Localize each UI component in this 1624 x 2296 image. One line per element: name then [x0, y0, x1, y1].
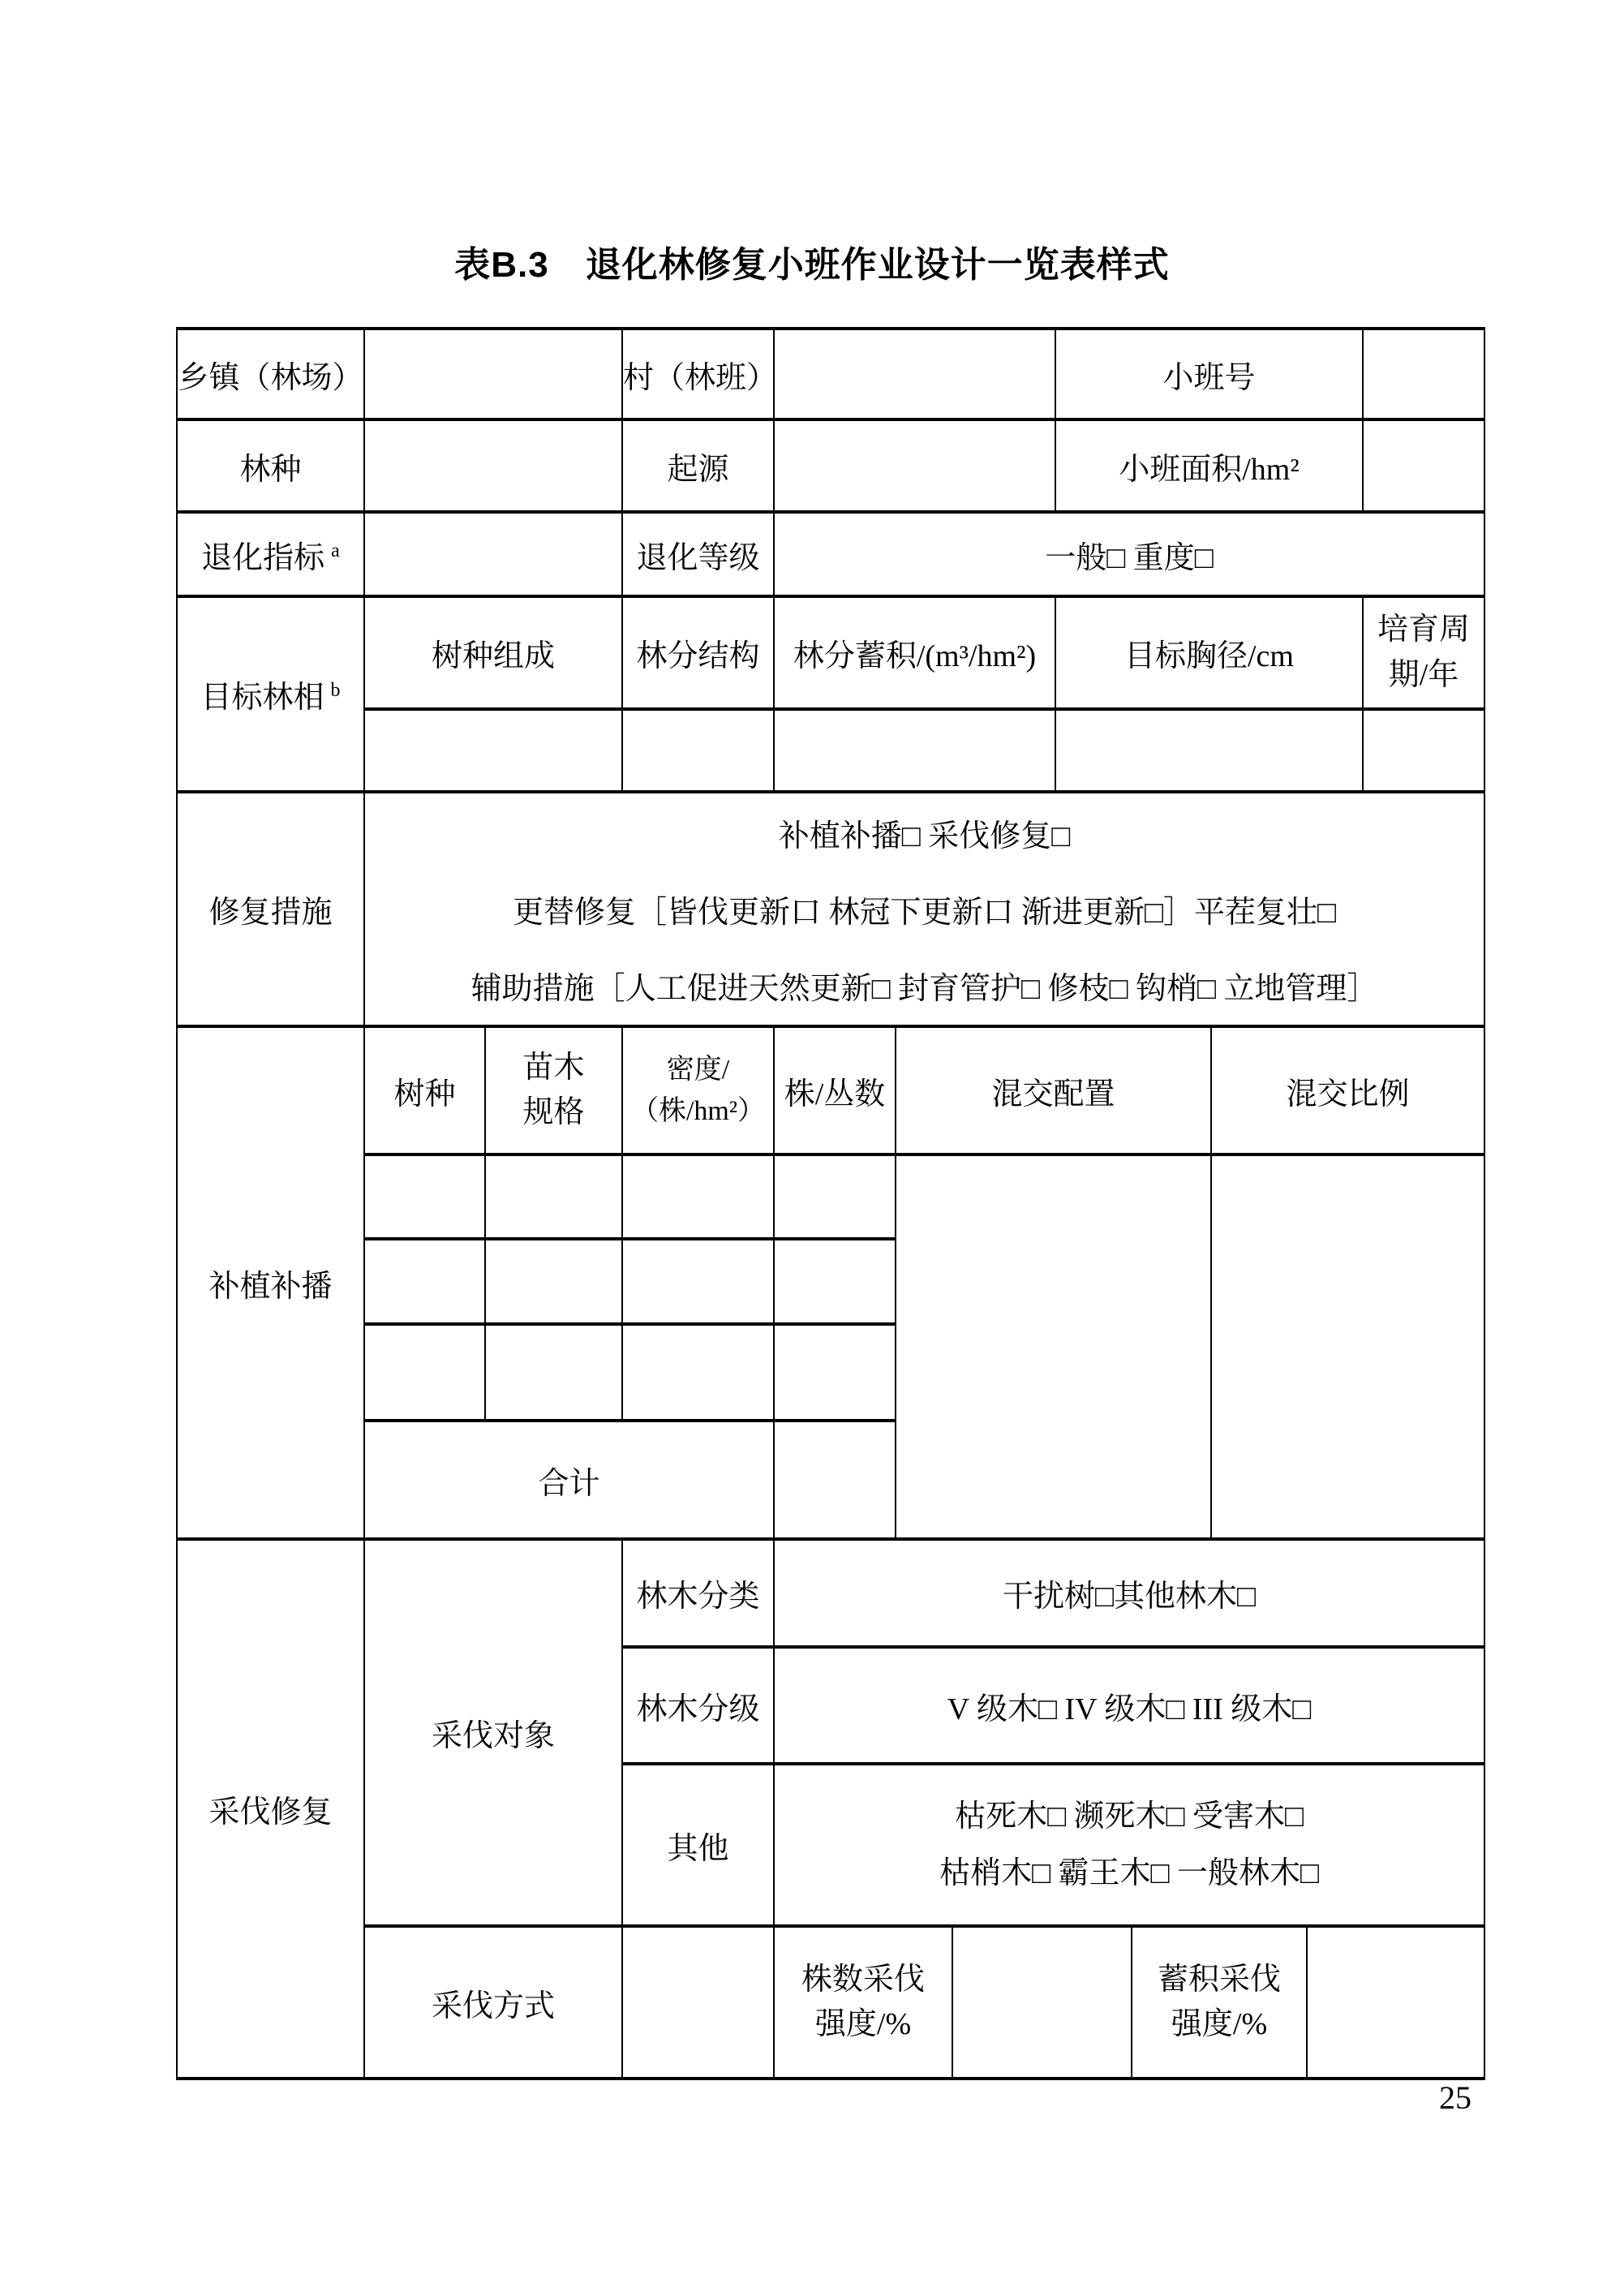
density-input-cell — [622, 1239, 774, 1324]
area-label: 小班面积/hm² — [1055, 419, 1363, 512]
footnote-b-marker: b — [331, 680, 341, 701]
plants-per-cluster-input-cell — [774, 1154, 896, 1239]
species-header: 树种 — [364, 1026, 485, 1154]
degradation-grade-label: 退化等级 — [622, 512, 774, 596]
page-number: 25 — [1411, 2079, 1500, 2117]
cutting-method-input-cell — [622, 1926, 774, 2079]
mix-config-header: 混交配置 — [896, 1026, 1211, 1154]
measures-label: 修复措施 — [177, 792, 364, 1026]
density-input-cell — [622, 1154, 774, 1239]
subcompartment-no-label: 小班号 — [1055, 329, 1363, 419]
species-composition-header: 树种组成 — [364, 596, 622, 709]
stem-intensity-input-cell — [952, 1926, 1132, 2079]
row-forest-category: 林种 起源 小班面积/hm² — [177, 419, 1484, 512]
plants-per-cluster-input-cell — [774, 1324, 896, 1421]
density-header: 密度/ （株/hm²） — [622, 1026, 774, 1154]
degradation-indicator-input-cell — [364, 512, 622, 596]
total-input-cell — [774, 1421, 896, 1539]
mix-ratio-input-cell — [1211, 1154, 1484, 1539]
stand-volume-header: 林分蓄积/(m³/hm²) — [774, 596, 1055, 709]
row-measures: 修复措施 补植补播□ 采伐修复□ 更替修复［皆伐更新口 林冠下更新口 渐进更新□… — [177, 792, 1484, 1026]
origin-input-cell — [774, 419, 1055, 512]
total-label: 合计 — [364, 1421, 774, 1539]
stem-intensity-label: 株数采伐 强度/% — [774, 1926, 952, 2079]
design-form-table: 乡镇（林场） 村（林班） 小班号 林种 起源 小班面积/hm² 退化指标a 退化… — [176, 327, 1485, 2080]
row-planting-header: 补植补播 树种 苗木 规格 密度/ （株/hm²） 株/丛数 混交配置 混交比例 — [177, 1026, 1484, 1154]
origin-label: 起源 — [622, 419, 774, 512]
tree-classification-label: 林木分类 — [622, 1539, 774, 1647]
tree-grading-label: 林木分级 — [622, 1647, 774, 1764]
seedling-spec-input-cell — [485, 1154, 622, 1239]
page-title: 表B.3 退化林修复小班作业设计一览表样式 — [0, 235, 1624, 287]
species-composition-input-cell — [364, 709, 622, 792]
species-input-cell — [364, 1324, 485, 1421]
subcompartment-no-input-cell — [1363, 329, 1484, 419]
cutting-method-label: 采伐方式 — [364, 1926, 622, 2079]
forest-category-input-cell — [364, 419, 622, 512]
volume-intensity-input-cell — [1307, 1926, 1484, 2079]
measures-line-2: 更替修复［皆伐更新口 林冠下更新口 渐进更新□］平茬复壮□ — [513, 887, 1336, 931]
species-input-cell — [364, 1239, 485, 1324]
planting-label: 补植补播 — [177, 1026, 364, 1539]
row-cutting-method: 采伐方式 株数采伐 强度/% 蓄积采伐 强度/% — [177, 1926, 1484, 2079]
cultivation-period-input-cell — [1363, 709, 1484, 792]
degradation-indicator-label: 退化指标a — [177, 512, 364, 596]
row-tree-classification: 采伐修复 采伐对象 林木分类 干扰树□其他林木□ — [177, 1539, 1484, 1647]
mix-ratio-header: 混交比例 — [1211, 1026, 1484, 1154]
village-input-cell — [774, 329, 1055, 419]
row-township: 乡镇（林场） 村（林班） 小班号 — [177, 329, 1484, 419]
township-input-cell — [364, 329, 622, 419]
target-dbh-input-cell — [1055, 709, 1363, 792]
village-label: 村（林班） — [622, 329, 774, 419]
planting-data-row-1 — [177, 1154, 1484, 1239]
cultivation-period-header: 培育周 期/年 — [1363, 596, 1484, 709]
seedling-spec-input-cell — [485, 1239, 622, 1324]
stand-volume-input-cell — [774, 709, 1055, 792]
species-input-cell — [364, 1154, 485, 1239]
stand-structure-header: 林分结构 — [622, 596, 774, 709]
target-forest-label: 目标林相b — [177, 596, 364, 792]
plants-per-cluster-header: 株/丛数 — [774, 1026, 896, 1154]
footnote-a-marker: a — [331, 540, 340, 561]
cutting-label: 采伐修复 — [177, 1539, 364, 2079]
seedling-spec-input-cell — [485, 1324, 622, 1421]
stand-structure-input-cell — [622, 709, 774, 792]
forest-category-label: 林种 — [177, 419, 364, 512]
cutting-object-label: 采伐对象 — [364, 1539, 622, 1926]
mix-config-input-cell — [896, 1154, 1211, 1539]
measures-options: 补植补播□ 采伐修复□ 更替修复［皆伐更新口 林冠下更新口 渐进更新□］平茬复壮… — [364, 792, 1484, 1026]
township-label: 乡镇（林场） — [177, 329, 364, 419]
other-options: 枯死木□ 濒死木□ 受害木□ 枯梢木□ 霸王木□ 一般林木□ — [774, 1764, 1484, 1926]
measures-line-3: 辅助措施［人工促进天然更新□ 封育管护□ 修枝□ 钩梢□ 立地管理］ — [471, 963, 1378, 1008]
measures-line-1: 补植补播□ 采伐修复□ — [779, 810, 1070, 855]
volume-intensity-label: 蓄积采伐 强度/% — [1132, 1926, 1307, 2079]
row-target-header: 目标林相b 树种组成 林分结构 林分蓄积/(m³/hm²) 目标胸径/cm 培育… — [177, 596, 1484, 709]
row-target-inputs — [177, 709, 1484, 792]
seedling-spec-header: 苗木 规格 — [485, 1026, 622, 1154]
density-input-cell — [622, 1324, 774, 1421]
target-dbh-header: 目标胸径/cm — [1055, 596, 1363, 709]
degradation-grade-options: 一般□ 重度□ — [774, 512, 1484, 596]
other-label: 其他 — [622, 1764, 774, 1926]
tree-classification-options: 干扰树□其他林木□ — [774, 1539, 1484, 1647]
plants-per-cluster-input-cell — [774, 1239, 896, 1324]
row-degradation: 退化指标a 退化等级 一般□ 重度□ — [177, 512, 1484, 596]
tree-grading-options: V 级木□ IV 级木□ III 级木□ — [774, 1647, 1484, 1764]
area-input-cell — [1363, 419, 1484, 512]
